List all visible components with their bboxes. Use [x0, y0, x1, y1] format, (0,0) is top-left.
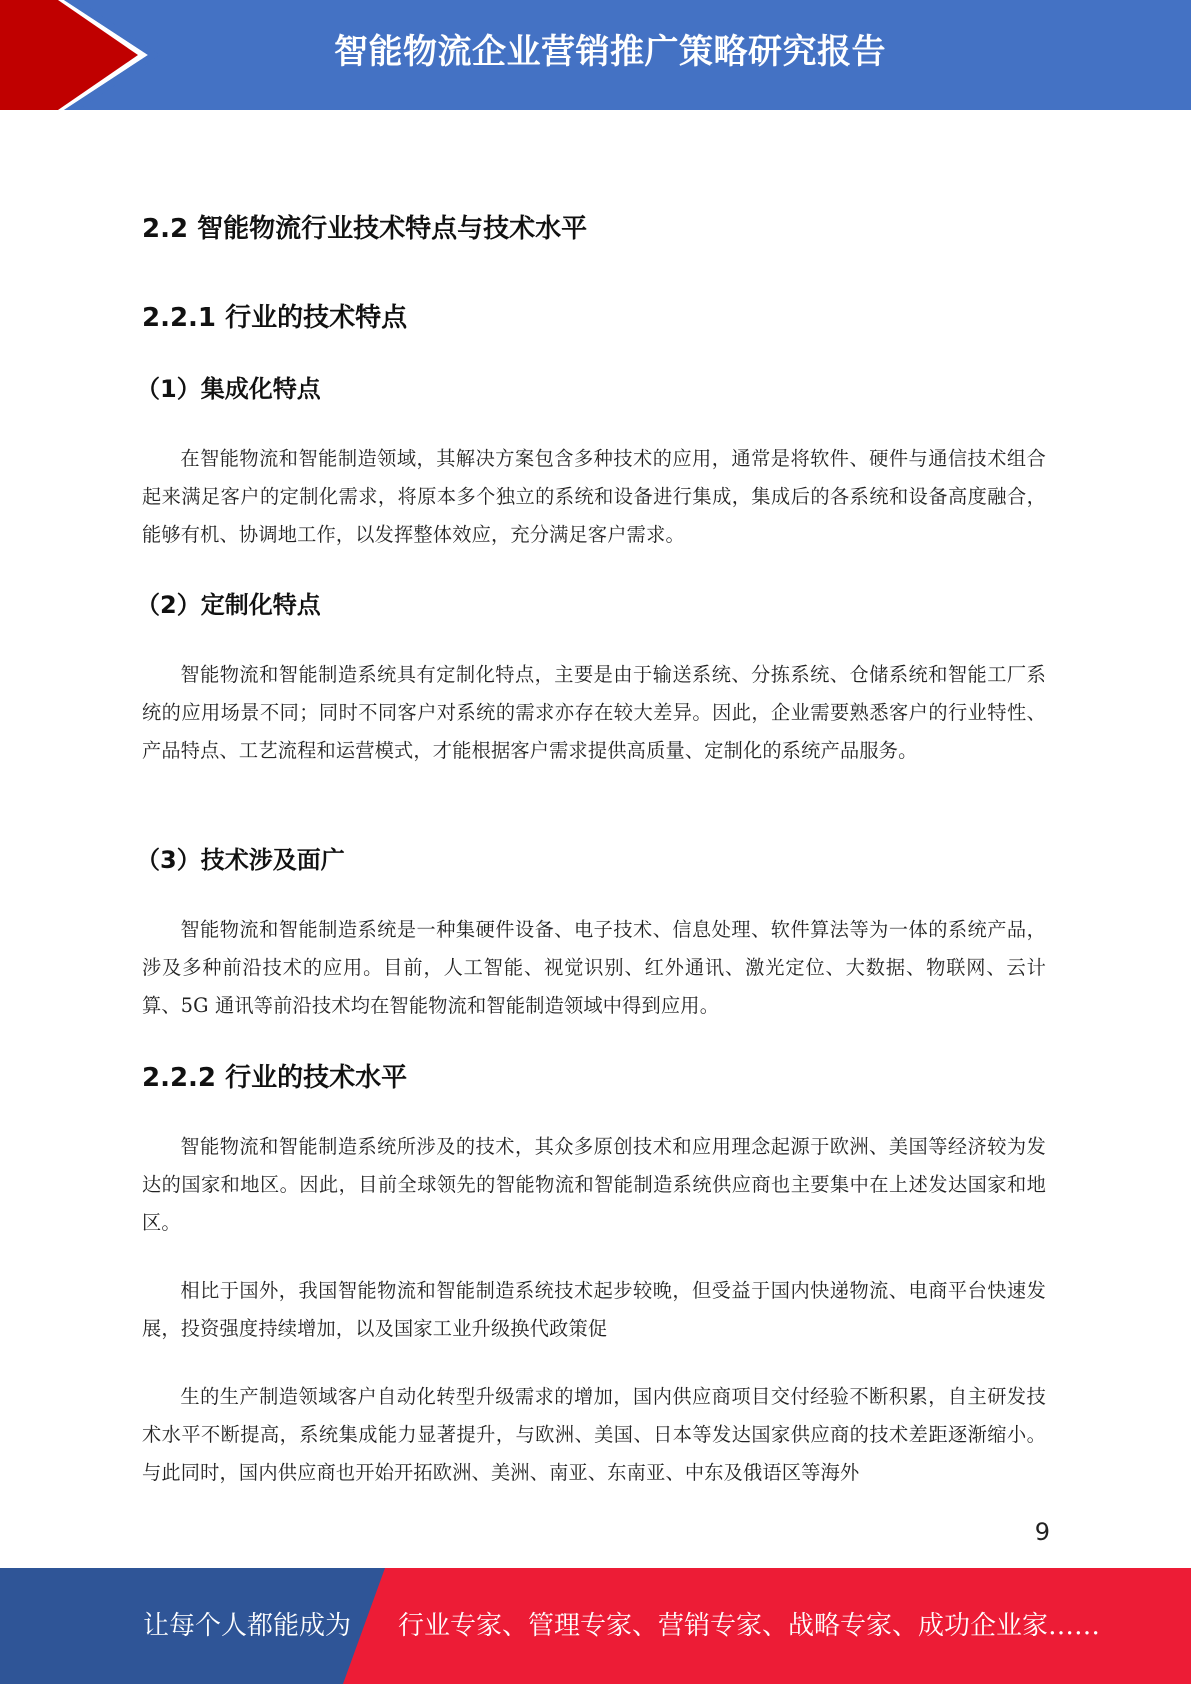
paragraph-tech-level-2: 相比于国外，我国智能物流和智能制造系统技术起步较晚，但受益于国内快递物流、电商平…	[142, 1272, 1046, 1348]
footer-slogan-right: 行业专家、管理专家、营销专家、战略专家、成功企业家……	[398, 1568, 1100, 1684]
page-number: 9	[1020, 1518, 1050, 1546]
paragraph-tech-level-1: 智能物流和智能制造系统所涉及的技术，其众多原创技术和应用理念起源于欧洲、美国等经…	[142, 1128, 1046, 1242]
section-heading-2-2-1: 2.2.1 行业的技术特点	[142, 297, 407, 334]
subheading-customization: （2）定制化特点	[136, 585, 321, 620]
paragraph-integration: 在智能物流和智能制造领域，其解决方案包含多种技术的应用，通常是将软件、硬件与通信…	[142, 440, 1046, 554]
section-heading-2-2: 2.2 智能物流行业技术特点与技术水平	[142, 208, 587, 245]
red-chevron-icon	[0, 0, 160, 110]
page-footer: 让每个人都能成为 行业专家、管理专家、营销专家、战略专家、成功企业家……	[0, 1568, 1191, 1684]
subheading-broad-technology: （3）技术涉及面广	[136, 840, 345, 875]
subheading-integration: （1）集成化特点	[136, 369, 321, 404]
section-heading-2-2-2: 2.2.2 行业的技术水平	[142, 1057, 407, 1094]
paragraph-broad-technology: 智能物流和智能制造系统是一种集硬件设备、电子技术、信息处理、软件算法等为一体的系…	[142, 911, 1046, 1025]
paragraph-tech-level-3: 生的生产制造领域客户自动化转型升级需求的增加，国内供应商项目交付经验不断积累，自…	[142, 1378, 1046, 1492]
report-title: 智能物流企业营销推广策略研究报告	[300, 0, 920, 104]
paragraph-customization: 智能物流和智能制造系统具有定制化特点，主要是由于输送系统、分拣系统、仓储系统和智…	[142, 656, 1046, 770]
page-header: 智能物流企业营销推广策略研究报告	[0, 0, 1191, 110]
footer-slogan-left: 让每个人都能成为	[143, 1568, 351, 1684]
